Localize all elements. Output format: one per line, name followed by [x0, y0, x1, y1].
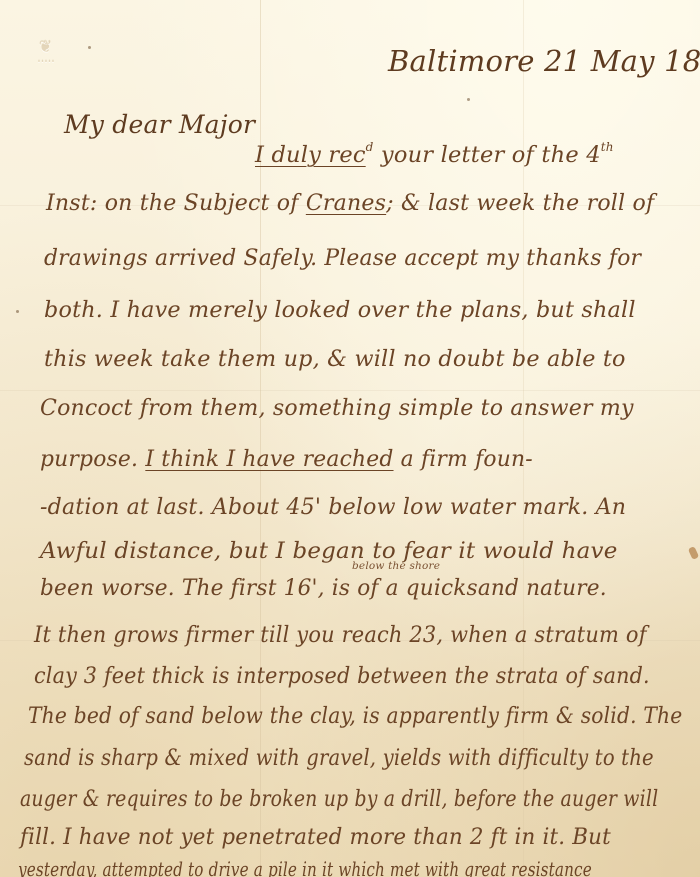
emboss-text: ·····	[37, 55, 54, 68]
letter-line-17: yesterday, attempted to drive a pile in …	[18, 857, 592, 877]
line-text: Inst: on the Subject of	[46, 190, 306, 216]
salutation: My dear Major	[64, 110, 255, 139]
ink-speck	[16, 310, 19, 313]
line-text: I duly rec	[255, 142, 366, 168]
letter-line-8: -dation at last. About 45' below low wat…	[40, 494, 626, 520]
letter-line-10: been worse. The first 16', is of a quick…	[40, 575, 607, 601]
dateline: Baltimore 21 May 1849	[388, 44, 700, 78]
letter-line-13: The bed of sand below the clay, is appar…	[28, 703, 682, 729]
superscript: d	[366, 140, 374, 154]
letter-line-1: I duly recd your letter of the 4th	[255, 140, 614, 168]
letter-line-12: clay 3 feet thick is interposed between …	[34, 663, 650, 689]
ink-speck	[88, 46, 91, 49]
letter-page: ❦ ····· Baltimore 21 May 1849 My dear Ma…	[0, 0, 700, 877]
ink-speck	[467, 98, 470, 101]
line-text: your letter of the 4	[374, 142, 601, 168]
letter-line-4: both. I have merely looked over the plan…	[44, 297, 636, 323]
interlinear-insertion: below the shore	[352, 560, 440, 572]
letter-line-5: this week take them up, & will no doubt …	[44, 346, 626, 372]
letter-line-15: auger & requires to be broken up by a dr…	[20, 786, 658, 812]
superscript: th	[601, 140, 614, 154]
letter-line-7: purpose. I think I have reached a firm f…	[40, 446, 533, 472]
line-text: a firm foun-	[394, 446, 533, 472]
letter-line-11: It then grows firmer till you reach 23, …	[34, 622, 647, 648]
embossed-stamp: ❦ ·····	[22, 38, 70, 78]
underlined-word: Cranes	[306, 190, 386, 216]
emboss-mark-icon: ❦	[22, 38, 70, 56]
letter-line-14: sand is sharp & mixed with gravel, yield…	[24, 745, 654, 771]
line-text: ; & last week the roll of	[386, 190, 654, 216]
letter-line-3: drawings arrived Safely. Please accept m…	[44, 245, 641, 271]
paper-ruling	[0, 390, 700, 391]
letter-line-16: fill. I have not yet penetrated more tha…	[20, 824, 611, 850]
underlined-phrase: I think I have reached	[145, 446, 393, 472]
paper-stain	[688, 546, 699, 560]
letter-line-2: Inst: on the Subject of Cranes; & last w…	[46, 190, 654, 216]
line-text: purpose.	[40, 446, 145, 472]
letter-line-6: Concoct from them, something simple to a…	[40, 395, 634, 421]
letter-line-9: Awful distance, but I began to fear it w…	[40, 538, 617, 564]
